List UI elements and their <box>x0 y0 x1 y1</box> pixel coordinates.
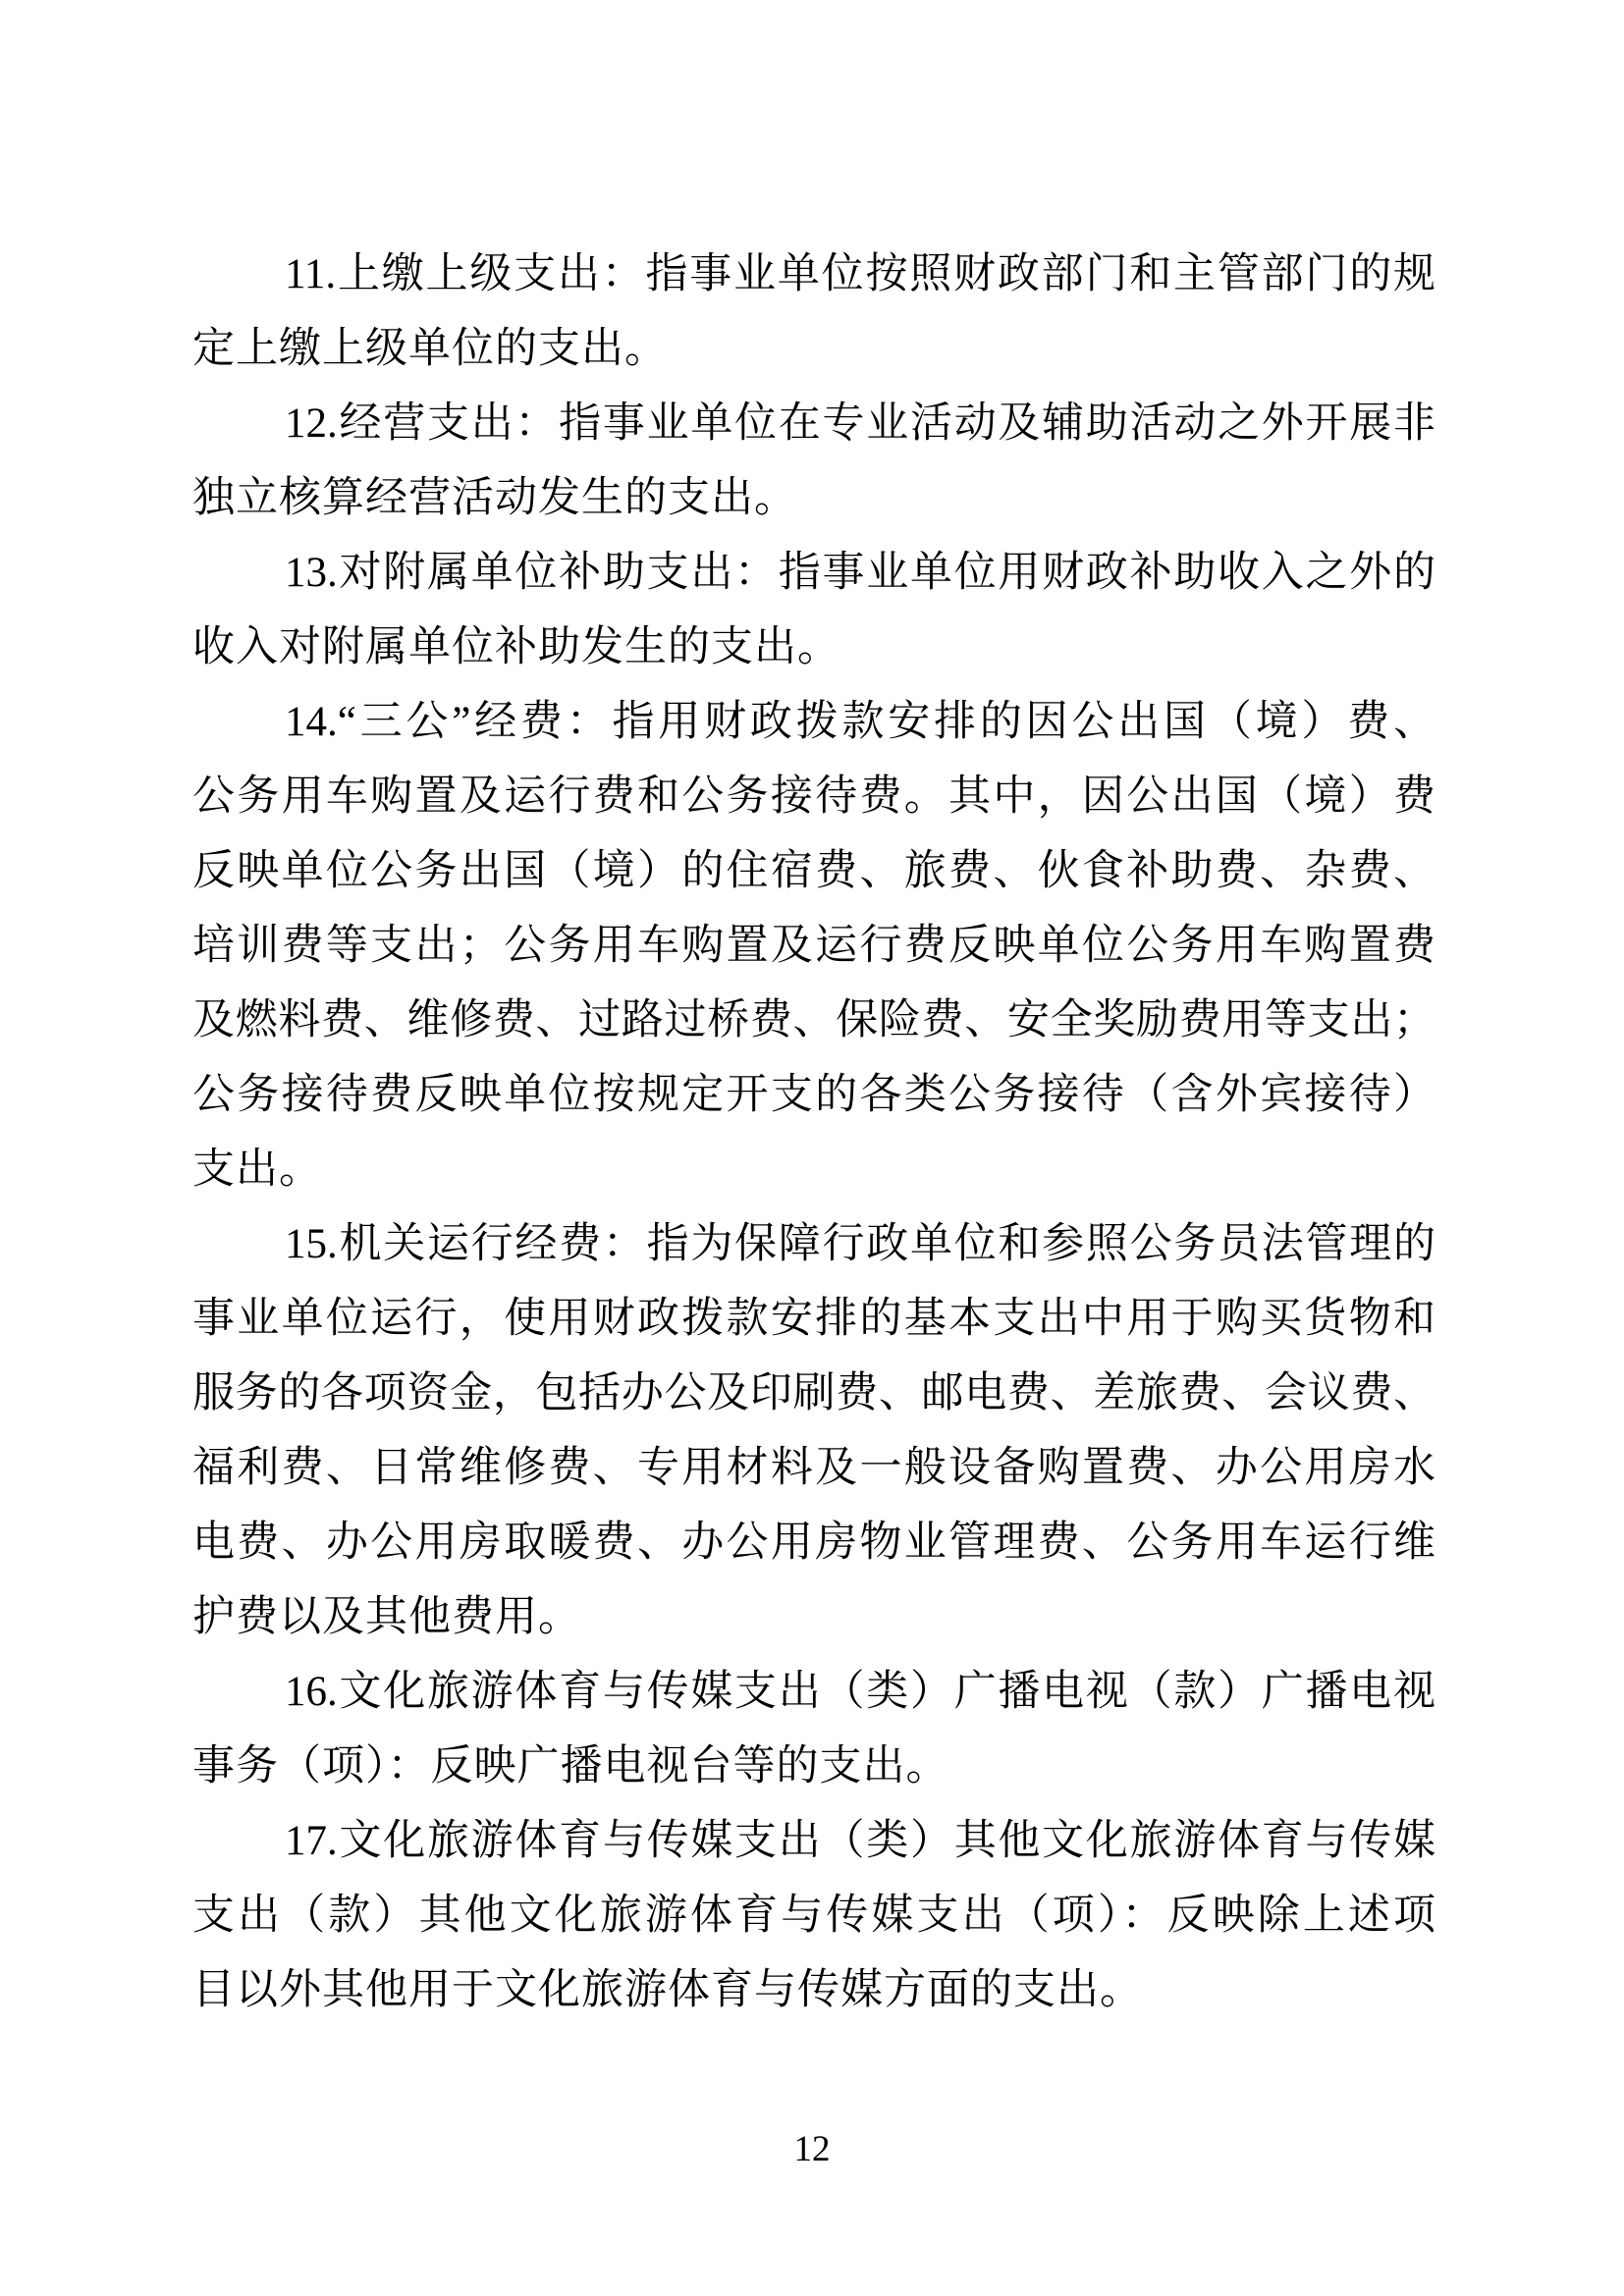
text-line: 公务接待费反映单位按规定开支的各类公务接待（含外宾接待） <box>192 1058 1435 1133</box>
text-line: 15.机关运行经费：指为保障行政单位和参照公务员法管理的 <box>192 1207 1435 1282</box>
text-line: 支出（款）其他文化旅游体育与传媒支出（项）：反映除上述项 <box>192 1879 1435 1953</box>
text-line: 支出。 <box>192 1133 1435 1207</box>
text-line: 收入对附属单位补助发生的支出。 <box>192 611 1435 685</box>
text-line: 事务（项）：反映广播电视台等的支出。 <box>192 1730 1435 1804</box>
page-footer: 12 <box>0 2128 1624 2171</box>
text-line: 独立核算经营活动发生的支出。 <box>192 461 1435 536</box>
text-line: 16.文化旅游体育与传媒支出（类）广播电视（款）广播电视 <box>192 1655 1435 1730</box>
text-line: 14.“三公”经费：指用财政拨款安排的因公出国（境）费、 <box>192 685 1435 760</box>
text-line: 服务的各项资金，包括办公及印刷费、邮电费、差旅费、会议费、 <box>192 1357 1435 1431</box>
text-line: 12.经营支出：指事业单位在专业活动及辅助活动之外开展非 <box>192 387 1435 461</box>
text-line: 反映单位公务出国（境）的住宿费、旅费、伙食补助费、杂费、 <box>192 834 1435 909</box>
text-line: 11.上缴上级支出：指事业单位按照财政部门和主管部门的规 <box>192 238 1435 312</box>
text-line: 护费以及其他费用。 <box>192 1580 1435 1655</box>
text-line: 目以外其他用于文化旅游体育与传媒方面的支出。 <box>192 1953 1435 2028</box>
document-content: 11.上缴上级支出：指事业单位按照财政部门和主管部门的规 定上缴上级单位的支出。… <box>192 238 1435 2028</box>
text-line: 培训费等支出；公务用车购置及运行费反映单位公务用车购置费 <box>192 909 1435 984</box>
text-line: 事业单位运行，使用财政拨款安排的基本支出中用于购买货物和 <box>192 1282 1435 1357</box>
text-line: 13.对附属单位补助支出：指事业单位用财政补助收入之外的 <box>192 536 1435 611</box>
text-line: 福利费、日常维修费、专用材料及一般设备购置费、办公用房水 <box>192 1431 1435 1506</box>
text-line: 及燃料费、维修费、过路过桥费、保险费、安全奖励费用等支出； <box>192 984 1435 1058</box>
document-page: 11.上缴上级支出：指事业单位按照财政部门和主管部门的规 定上缴上级单位的支出。… <box>0 0 1624 2296</box>
text-line: 电费、办公用房取暖费、办公用房物业管理费、公务用车运行维 <box>192 1506 1435 1580</box>
text-line: 17.文化旅游体育与传媒支出（类）其他文化旅游体育与传媒 <box>192 1804 1435 1879</box>
text-line: 公务用车购置及运行费和公务接待费。其中，因公出国（境）费 <box>192 760 1435 834</box>
page-number: 12 <box>794 2129 831 2169</box>
text-line: 定上缴上级单位的支出。 <box>192 312 1435 387</box>
